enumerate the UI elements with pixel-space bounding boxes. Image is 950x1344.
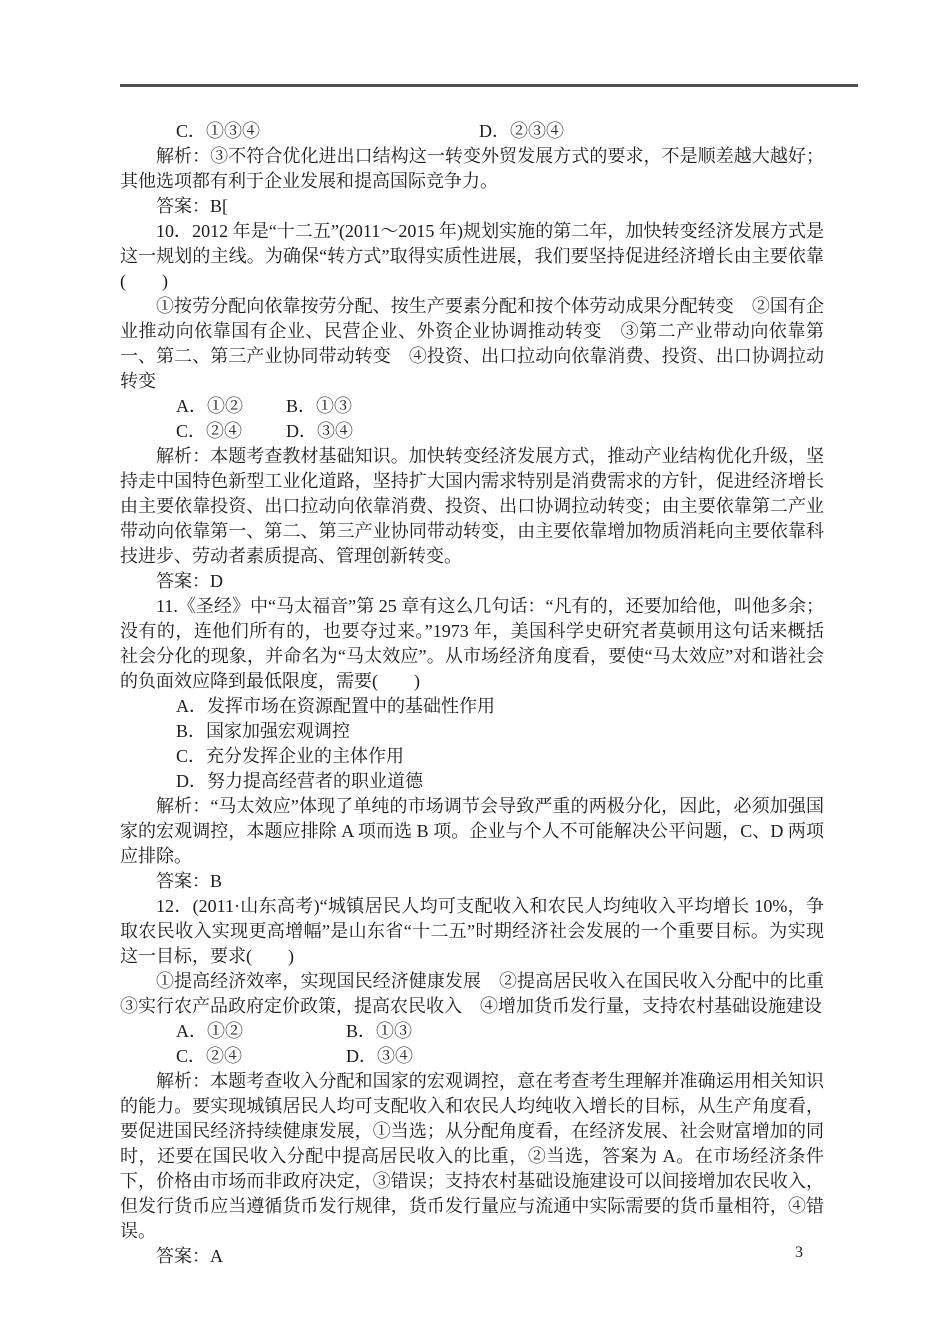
options-row: A．①②B．①③ <box>120 1019 824 1044</box>
option-line: A．发挥市场在资源配置中的基础性作用 <box>120 694 824 719</box>
answer-line: 答案：B <box>120 869 824 894</box>
question-stem: 12．(2011·山东高考)“城镇居民人均可支配收入和农民人均纯收入平均增长 1… <box>120 894 824 969</box>
option-label: B．①③ <box>346 1021 412 1041</box>
option-label: A．①② <box>176 394 286 419</box>
option-line: D．努力提高经营者的职业道德 <box>120 769 824 794</box>
analysis-paragraph: 解析：本题考查收入分配和国家的宏观调控，意在考查考生理解并准确运用相关知识的能力… <box>120 1069 824 1244</box>
option-label: C．②④ <box>176 1044 346 1069</box>
page-number: 3 <box>795 1243 803 1263</box>
analysis-paragraph: 解析：本题考查教材基础知识。加快转变经济发展方式，推动产业结构优化升级，坚持走中… <box>120 444 824 569</box>
options-row: C．②④D．③④ <box>120 419 824 444</box>
question-stem: 11.《圣经》中“马太福音”第 25 章有这么几句话：“凡有的，还要加给他，叫他… <box>120 594 824 694</box>
option-label: A．①② <box>176 1019 346 1044</box>
header-rule <box>120 84 858 87</box>
option-line: B．国家加强宏观调控 <box>120 719 824 744</box>
question-stem: 10．2012 年是“十二五”(2011～2015 年)规划实施的第二年，加快转… <box>120 219 824 294</box>
option-label: B．①③ <box>286 396 352 416</box>
options-row: A．①②B．①③ <box>120 394 824 419</box>
options-row: C．②④D．③④ <box>120 1044 824 1069</box>
analysis-paragraph: 解析：③不符合优化进出口结构这一转变外贸发展方式的要求，不是顺差越大越好；其他选… <box>120 144 824 194</box>
choices-paragraph: ①提高经济效率，实现国民经济健康发展 ②提高居民收入在国民收入分配中的比重 ③实… <box>120 969 824 1019</box>
option-line: C．充分发挥企业的主体作用 <box>120 744 824 769</box>
analysis-paragraph: 解析：“马太效应”体现了单纯的市场调节会导致严重的两极分化，因此，必须加强国家的… <box>120 794 824 869</box>
answer-line: 答案：A <box>120 1244 824 1269</box>
option-label: C．①③④ <box>176 119 479 144</box>
option-label: D．③④ <box>346 1046 413 1066</box>
options-row: C．①③④D．②③④ <box>120 119 824 144</box>
answer-line: 答案：B[ <box>120 194 824 219</box>
option-label: C．②④ <box>176 419 286 444</box>
choices-paragraph: ①按劳分配向依靠按劳分配、按生产要素分配和按个体劳动成果分配转变 ②国有企业推动… <box>120 294 824 394</box>
document-body: C．①③④D．②③④解析：③不符合优化进出口结构这一转变外贸发展方式的要求，不是… <box>120 119 824 1269</box>
option-label: D．③④ <box>286 421 353 441</box>
option-label: D．②③④ <box>479 121 564 141</box>
answer-line: 答案：D <box>120 569 824 594</box>
